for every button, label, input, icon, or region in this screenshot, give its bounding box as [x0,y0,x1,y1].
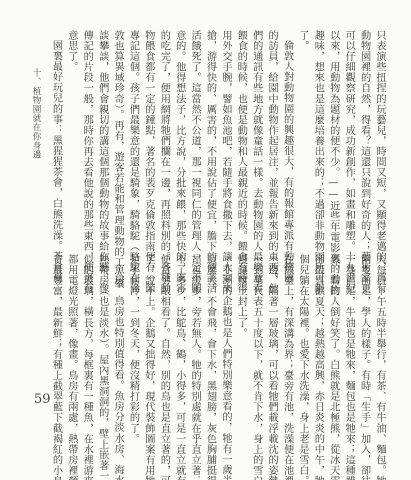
text-column: 這麼大，不會飛，會下水，黑翅膀，灰色胸脯挺得高高的， [202,254,217,468]
text-column: 動物園裡的自然，得看？這還只說到好奇的人；藝術家更 [356,30,371,252]
text-column: 在熊臺上，有深溝為界；臺旁有池，洗澡便在池裡。池的 [279,254,294,468]
text-column: 趣味，想來也是這麼培養出來的；不過卻非動物園所可限 [310,30,325,252]
text-column: 不了多少，比鴕鳥、鶴，小得多，可是一直立就有人氣， [171,254,186,468]
text-column: 物餵食都有一定的鐘點，著名的裴歹克倫敦指南便有一節 [141,30,156,252]
text-column: 傳記的片段一般，那時你再去看他說的那些東西，便更有 [79,30,94,252]
text-column: 一到華氏表五十度以下，就不肯下水，身上的雪白也便慢 [248,254,263,468]
text-column: 似的玻璃，橫長方，每框裏有一種魚，在水裡游來游去， [79,254,94,468]
running-head: 十、植物園就在你身邊 [30,68,42,159]
text-column: 可以仔細觀察研究，成功新創作，如畫和雕塑。十九世紀 [341,30,356,252]
text-block-upper: 只表演些扭捏的玩藝兒，時間又短，又顯得老邁的，那有 動物園裡的自然，得看？這還只… [48,30,387,252]
text-column: 然，看的人倒好笑了。白熊就是北極熊，從冰天雪地裡來， [325,254,340,468]
text-column: 慢讓塵土封上了。 [233,254,248,468]
text-column: 活餓死了。這當然不公道，那一視同仁的管理人一定不願 [187,30,202,252]
page-number: 59 [34,392,51,407]
paragraph-start-column: 倫敦人對動物園的興趣很大，有的報館專派有動物園 [279,30,294,252]
text-column: 們的通訊有些地方就像童話一樣。去動物園的人最樂意看 [248,30,263,252]
paragraph-start-column: 魚房、鳥房也特別值得看。魚房分淡水房、海水房、 [110,254,125,468]
text-column: 用外交手腕，譬如魚池吧，若隨手將食撒下去，讓大家來 [218,30,233,252]
text-column: 的訪員，給園中動物作起居注，並報告新來到的東西。他 [264,30,279,252]
text-column: 了。 [295,30,310,252]
text-column: 是不耐冷，一到冬天，便沒精打彩的了。 [125,254,140,468]
text-column: 談攀談，他們會親切的講這個那個動物的故事給你聽，像 [94,30,109,252]
text-column: 天每日下午五時半舉行，有茶、有牛油、麵包。牠們會用 [372,254,387,468]
text-column: 昂首緩步，旁若無人。牠的特別處就在乎直立著；比鴕大 [187,254,202,468]
text-column: 音最豐富，最新鮮；有種上截翠藍下截褐紅的小鳥，不住 [48,254,63,468]
text-column: 只表演些扭捏的玩藝兒，時間又短，又顯得老邁的，那有 [372,30,387,252]
text-column: 便當另眼相看了。自然，別的鳥也是直立著的，可是太小 [156,254,171,468]
text-column: 敦也算異域珍奇）。再有，遊客若能和管理動物的工人攀 [110,30,125,252]
text-column: 卻最喜歡夏天；越熱越高興，赤日炎炎的中午，牠們能整 [310,254,325,468]
text-column: 意思了。 [63,30,78,252]
text-column: 兩隻前足，學人的樣子。有時「生手」加入，卻往往只用 [356,254,371,468]
text-column: 熱帶房（也是淡水）。屋內黑洞洞的，壁上嵌著一排鏡框 [94,254,109,468]
text-column: 意的。他得想法子，比方說，分批來餵，那些快的、厲害 [171,30,186,252]
text-column: 以來，用動物為題材的便不少。——近些年電影裏的動物 [325,30,340,252]
text-column: 了，說不上。企鵝又拙得好，現代裝飾圖案有用牠的，只 [141,254,156,468]
paragraph-start-column: 非洲的企鵝也是人們特別樂意看的，牠有一歲半嬰孩 [218,254,233,468]
text-column: 一邊，隔著一層玻璃，可以看牠們載浮載沈的姿勢。但是 [264,254,279,468]
text-column: 的吃完了，便用網將牠們攔在一邊，再照料別的。各種動 [156,30,171,252]
text-column: 都用電燈光照著，像畫。鳥房有兩處，熱帶房裡顏色、聲 [63,254,78,468]
text-column: 搶，游得快的、厲害的，不用說佔了便宜，膽下的便該活 [202,30,217,252]
text-column: 餵食的時候，也便是動物和人最親近的時候。餵食有時得 [233,30,248,252]
text-column: 專記這個。孩子們最樂意的還是騎象，騎駱駝（駱駝在倫 [125,30,140,252]
book-page: 只表演些扭捏的玩藝兒，時間又短，又顯得老邁的，那有 動物園裡的自然，得看？這還只… [0,0,411,480]
text-block-lower: 天每日下午五時半舉行，有茶、有牛油、麵包。牠們會用 兩隻前足，學人的樣子。有時「… [48,254,387,468]
text-column: 個兒躺在太陽裡。也愛下水洗澡，身上老是雪白。牠們待 [295,254,310,468]
text-column: 一隻前足，牛油也是牠來，麵包也是牠來；這種雖然是天 [341,254,356,468]
paragraph-start-column: 園裏最好玩兒的事：黑猩猩茶會，白熊洗澡。茶會夏 [48,30,63,252]
